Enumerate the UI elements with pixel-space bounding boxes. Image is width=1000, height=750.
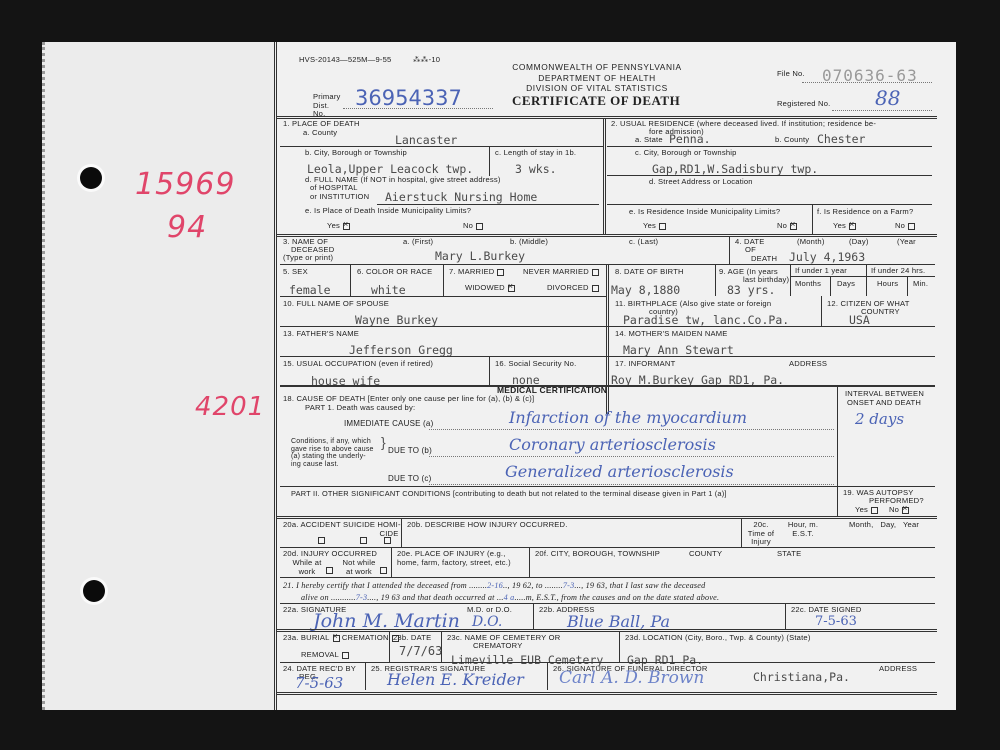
while-at-work-checkbox[interactable] xyxy=(323,566,333,575)
city-label: b. City, Borough or Township xyxy=(305,149,407,158)
birthplace-label: 11. BIRTHPLACE (Also give state or forei… xyxy=(615,300,771,309)
divider xyxy=(741,519,742,547)
funeral-director-signature: Carl A. D. Brown xyxy=(559,668,704,688)
institution-label: or INSTITUTION xyxy=(310,193,369,202)
part1-label: PART 1. Death was caused by: xyxy=(305,404,415,413)
autopsy-no[interactable]: No xyxy=(889,506,909,515)
checkbox[interactable] xyxy=(326,567,333,574)
divider xyxy=(443,264,444,296)
divider xyxy=(280,603,935,604)
due-to-b: Coronary arteriosclerosis xyxy=(509,435,716,454)
registered-no-value: 88 xyxy=(875,86,900,110)
divider xyxy=(729,237,730,264)
record-stub: 15969 94 4201 xyxy=(42,42,274,710)
divider xyxy=(277,234,937,237)
injury-state-label: STATE xyxy=(777,550,801,559)
divorced-option[interactable]: DIVORCED xyxy=(547,284,599,293)
punch-hole xyxy=(80,167,102,189)
farm-yes[interactable]: Yes xyxy=(833,222,856,231)
divider xyxy=(790,264,791,296)
text: and that death occurred at xyxy=(402,593,494,602)
sex-label: 5. SEX xyxy=(283,268,308,277)
no-label: No xyxy=(889,505,899,514)
date-of-death-label: DEATH xyxy=(751,255,777,264)
annotation-file-number: 15969 xyxy=(135,167,235,202)
not-while-at-work-checkbox[interactable] xyxy=(377,566,387,575)
date-received: 7-5-63 xyxy=(295,674,343,692)
not-while-at-work-label: Not while at work xyxy=(339,559,379,576)
file-no-value: 070636-63 xyxy=(822,66,918,85)
date-received-label: 24. DATE REC'D BY xyxy=(283,665,356,674)
county-label: b. County xyxy=(775,136,809,145)
residence-limits-label: e. Is Residence Inside Municipality Limi… xyxy=(629,208,780,217)
divider xyxy=(277,692,937,695)
residence-city: Gap,RD1,W.Sadisbury twp. xyxy=(652,162,818,176)
checkbox[interactable] xyxy=(384,537,391,544)
divider xyxy=(277,629,937,632)
checkbox[interactable] xyxy=(871,507,878,514)
divider xyxy=(441,632,442,662)
registered-no-label: Registered No. xyxy=(777,100,830,109)
union-bug: ⁂⁂-10 xyxy=(413,56,440,65)
place-of-injury-label: 20e. PLACE OF INJURY (e.g., home, farm, … xyxy=(397,550,517,567)
sex: female xyxy=(289,283,331,297)
yes-label: Yes xyxy=(327,221,340,230)
middle-label: b. (Middle) xyxy=(510,238,548,247)
dotted-line xyxy=(832,110,932,111)
immediate-cause: Infarction of the myocardium xyxy=(509,408,747,427)
divider xyxy=(785,603,786,629)
degree: D.O. xyxy=(472,614,502,630)
months-label: Months xyxy=(795,280,821,289)
informant-label: 17. INFORMANT xyxy=(615,360,675,369)
inside-limits-label: e. Is Place of Death Inside Municipality… xyxy=(305,207,471,216)
divider xyxy=(377,204,599,205)
form-code: HVS-20143—525M—9-55 xyxy=(299,56,391,65)
death-time: 4 a xyxy=(504,593,515,602)
divider xyxy=(280,326,935,327)
married-label: 7. MARRIED xyxy=(449,267,494,276)
last-seen-date: 7-3 xyxy=(356,593,368,602)
primary-dist-value: 36954337 xyxy=(355,86,462,110)
county-label: a. County xyxy=(303,129,337,138)
checkbox-checked[interactable] xyxy=(902,507,909,514)
dotted-line xyxy=(429,456,834,457)
divider xyxy=(389,632,390,662)
divider xyxy=(603,119,606,234)
no-label: No xyxy=(777,221,787,230)
dob-label: 8. DATE OF BIRTH xyxy=(615,268,684,277)
due-to-b-label: DUE TO (b) xyxy=(388,446,432,455)
date-signed: 7-5-63 xyxy=(815,614,857,629)
injury-city-label: 20f. CITY, BOROUGH, TOWNSHIP xyxy=(535,550,660,559)
part2-label: PART II. OTHER SIGNIFICANT CONDITIONS [c… xyxy=(291,490,727,499)
conditions-line: (a) stating the underly- xyxy=(291,453,374,461)
burial-label: 23a. BURIAL xyxy=(283,633,330,642)
agency-line: COMMONWEALTH OF PENNSYLVANIA xyxy=(487,62,707,73)
divider xyxy=(489,356,490,386)
under-1-year-label: If under 1 year xyxy=(795,267,847,276)
race-label: 6. COLOR OR RACE xyxy=(357,268,432,277)
date-of-death: July 4,1963 xyxy=(789,250,865,264)
name-label: (Type or print) xyxy=(283,254,333,263)
divider xyxy=(715,264,716,296)
divider xyxy=(837,486,838,516)
accident-option: 20a. ACCIDENT xyxy=(283,521,341,530)
day-label: (Day) xyxy=(849,238,869,247)
widowed-option[interactable]: WIDOWED xyxy=(465,284,515,293)
divider xyxy=(547,662,548,690)
no-label: No xyxy=(463,221,473,230)
annotation-volume: 94 xyxy=(167,210,207,245)
checkbox-checked[interactable] xyxy=(343,223,350,230)
attended-from: 2-16 xyxy=(487,581,503,590)
funeral-address-label: ADDRESS xyxy=(879,665,917,674)
divider xyxy=(280,296,606,297)
certificate-title: CERTIFICATE OF DEATH xyxy=(512,93,680,109)
residence-limits-yes[interactable]: Yes xyxy=(643,222,666,231)
inside-limits-no[interactable]: No xyxy=(463,222,483,231)
death-certificate: HVS-20143—525M—9-55 ⁂⁂-10 COMMONWEALTH O… xyxy=(274,42,956,710)
no-label: No xyxy=(895,221,905,230)
spouse-label: 10. FULL NAME OF SPOUSE xyxy=(283,300,389,309)
married-option[interactable]: 7. MARRIED xyxy=(449,268,504,277)
divider xyxy=(277,516,937,519)
removal-label: REMOVAL xyxy=(301,650,339,659)
min-label: Min. xyxy=(913,280,928,289)
checkbox[interactable] xyxy=(592,285,599,292)
widowed-label: WIDOWED xyxy=(465,283,505,292)
due-to-c: Generalized arteriosclerosis xyxy=(505,462,734,481)
checkbox[interactable] xyxy=(592,269,599,276)
due-to-c-label: DUE TO (c) xyxy=(388,474,431,483)
divider xyxy=(533,603,534,629)
autopsy-yes[interactable]: Yes xyxy=(855,506,878,515)
agency-line: DEPARTMENT OF HEALTH xyxy=(487,73,707,84)
checkbox[interactable] xyxy=(497,269,504,276)
punch-hole xyxy=(83,580,105,602)
while-at-work-label: While at work xyxy=(291,559,323,576)
attended-to: 7-3 xyxy=(563,581,575,590)
ssn-label: 16. Social Security No. xyxy=(495,360,576,369)
divider xyxy=(489,146,490,176)
divider xyxy=(391,547,392,577)
hours-label: Hours xyxy=(877,280,898,289)
citizenship: USA xyxy=(849,313,870,327)
month-label: (Month) xyxy=(797,238,825,247)
divider xyxy=(837,386,838,486)
year-to: 19 63 xyxy=(586,581,605,590)
checkbox[interactable] xyxy=(380,567,387,574)
certification-line-1: 21. I hereby certify that I attended the… xyxy=(283,581,705,590)
days-label: Days xyxy=(837,280,855,289)
spouse-name: Wayne Burkey xyxy=(355,313,438,327)
text: 21. I hereby certify that I attended the… xyxy=(283,581,467,590)
death-city: Leola,Upper Leacock twp. xyxy=(307,162,473,176)
state-label: a. State xyxy=(635,136,663,145)
divider xyxy=(607,175,932,176)
date-of-injury-label: Month, Day, Year xyxy=(849,521,919,530)
text: alive on xyxy=(301,593,329,602)
length-of-stay: 3 wks. xyxy=(515,162,557,176)
never-married-option[interactable]: NEVER MARRIED xyxy=(523,268,599,277)
burial-option[interactable]: 23a. BURIAL CREMATION xyxy=(283,634,399,643)
dotted-line xyxy=(429,429,834,430)
last-seen-year: 19 63 xyxy=(381,593,400,602)
disposition-date-label: 23b. DATE xyxy=(393,634,431,643)
divider xyxy=(280,146,603,147)
divider xyxy=(821,296,822,326)
divider xyxy=(607,204,932,205)
location-label: 23d. LOCATION (City, Boro., Twp. & Count… xyxy=(625,634,811,643)
text: to xyxy=(536,581,543,590)
text: m, E.S.T., from the causes and on the da… xyxy=(526,593,720,602)
residence-county: Chester xyxy=(817,132,865,146)
brace: } xyxy=(381,434,386,450)
immediate-cause-label: IMMEDIATE CAUSE (a) xyxy=(344,419,433,428)
race: white xyxy=(371,283,406,297)
mother-maiden-name: Mary Ann Stewart xyxy=(623,343,734,357)
checkbox-checked[interactable] xyxy=(849,223,856,230)
divider xyxy=(401,519,402,547)
conditions-line: Conditions, if any, which xyxy=(291,438,374,446)
checkbox[interactable] xyxy=(318,537,325,544)
conditions-line: gave rise to above cause xyxy=(291,446,374,454)
interval-label: ONSET AND DEATH xyxy=(847,399,921,408)
year-from: 19 62 xyxy=(512,581,531,590)
under-24-hrs-label: If under 24 hrs. xyxy=(871,267,925,276)
hour-label: Hour, m. E.S.T. xyxy=(785,521,821,538)
checkbox[interactable] xyxy=(342,652,349,659)
agency-line: DIVISION OF VITAL STATISTICS xyxy=(487,83,707,94)
checkbox-checked[interactable] xyxy=(790,223,797,230)
disposition-date: 7/7/63 xyxy=(399,644,442,658)
injury-county-label: COUNTY xyxy=(689,550,722,559)
checkbox[interactable] xyxy=(659,223,666,230)
cemetery-label: CREMATORY xyxy=(473,642,522,651)
conditions-label: Conditions, if any, which gave rise to a… xyxy=(291,438,374,469)
year-label: (Year xyxy=(897,238,916,247)
deceased-name: Mary L.Burkey xyxy=(435,249,525,263)
divorced-label: DIVORCED xyxy=(547,283,589,292)
divider xyxy=(790,276,935,277)
divider xyxy=(350,264,351,296)
birthplace: Paradise tw, lanc.Co.Pa. xyxy=(623,313,789,327)
farm-label: f. Is Residence on a Farm? xyxy=(817,208,913,217)
divider xyxy=(830,277,831,296)
cremation-label: CREMATION xyxy=(342,633,389,642)
removal-option[interactable]: REMOVAL xyxy=(301,651,349,660)
never-married-label: NEVER MARRIED xyxy=(523,267,589,276)
homicide-checkbox[interactable] xyxy=(381,536,391,545)
divider xyxy=(280,547,935,548)
father-label: 13. FATHER'S NAME xyxy=(283,330,359,339)
divider xyxy=(907,277,908,296)
mother-label: 14. MOTHER'S MAIDEN NAME xyxy=(615,330,728,339)
suicide-option: SUICIDE xyxy=(343,521,375,530)
yes-label: Yes xyxy=(855,505,868,514)
divider xyxy=(280,662,935,663)
checkbox[interactable] xyxy=(908,223,915,230)
divider xyxy=(812,204,813,234)
accident-checkbox[interactable] xyxy=(315,536,325,545)
interval: 2 days xyxy=(855,410,904,428)
informant-address-label: ADDRESS xyxy=(789,360,827,369)
institution-name: Aierstuck Nursing Home xyxy=(385,190,537,204)
divider xyxy=(866,264,867,296)
occupation-label: 15. USUAL OCCUPATION (even if retired) xyxy=(283,360,433,369)
divider xyxy=(529,547,530,577)
first-label: a. (First) xyxy=(403,238,433,247)
date-of-birth: May 8,1880 xyxy=(611,283,680,297)
dotted-line xyxy=(429,484,834,485)
yes-label: Yes xyxy=(833,221,846,230)
time-of-injury-label: 20c. Time of Injury xyxy=(747,521,775,547)
street-label: d. Street Address or Location xyxy=(649,178,753,187)
file-no-label: File No. xyxy=(777,70,805,79)
describe-injury-label: 20b. DESCRIBE HOW INJURY OCCURRED. xyxy=(407,521,568,530)
stay-label: c. Length of stay in 1b. xyxy=(495,149,576,158)
annotation-page: 4201 xyxy=(195,392,265,422)
registrar-signature: Helen E. Kreider xyxy=(387,670,524,689)
last-label: c. (Last) xyxy=(629,238,658,247)
farm-no[interactable]: No xyxy=(895,222,915,231)
conditions-line: ing cause last. xyxy=(291,461,374,469)
divider xyxy=(619,632,620,662)
divider xyxy=(607,146,932,147)
residence-state: Penna. xyxy=(669,132,711,146)
death-county: Lancaster xyxy=(395,133,457,147)
agency: COMMONWEALTH OF PENNSYLVANIA DEPARTMENT … xyxy=(487,62,707,94)
checkbox-checked[interactable] xyxy=(333,635,340,642)
father-name: Jefferson Gregg xyxy=(349,343,453,357)
checkbox[interactable] xyxy=(476,223,483,230)
age: 83 yrs. xyxy=(727,283,775,297)
inside-limits-yes[interactable]: Yes xyxy=(327,222,350,231)
certification-line-2: alive on ...........7-3...., 19 63 and t… xyxy=(301,593,719,602)
text: that I last saw the deceased xyxy=(610,581,706,590)
funeral-director-address: Christiana,Pa. xyxy=(753,670,850,684)
divider xyxy=(365,662,366,690)
checkbox[interactable] xyxy=(360,537,367,544)
suicide-checkbox[interactable] xyxy=(357,536,367,545)
divider xyxy=(280,356,935,357)
checkbox-checked[interactable] xyxy=(508,285,515,292)
city-label: c. City, Borough or Township xyxy=(635,149,737,158)
yes-label: Yes xyxy=(643,221,656,230)
divider xyxy=(280,577,935,578)
residence-limits-no[interactable]: No xyxy=(777,222,797,231)
